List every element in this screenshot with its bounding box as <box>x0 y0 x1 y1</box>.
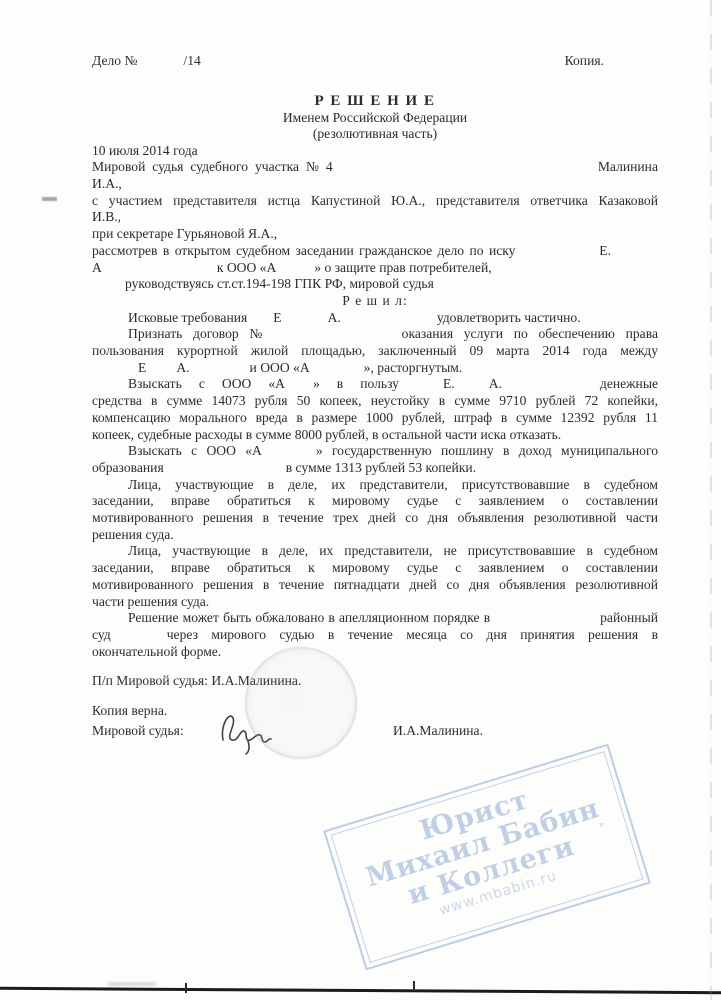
redaction-gap <box>111 638 167 639</box>
title-block: Р Е Ш Е Н И Е Именем Российской Федераци… <box>92 93 658 143</box>
case-number-label: Дело № <box>92 53 137 68</box>
body-line-absent-2: заседании, вправе обратиться к мировому … <box>92 560 658 577</box>
case-subject-left: рассмотрев в открытом судебном заседании… <box>92 243 515 260</box>
header-row: Дело №/14 Копия. <box>92 52 658 69</box>
body-line-duty-1: Взыскать с ООО «А» государственную пошли… <box>92 443 658 460</box>
signed-by-line: П/п Мировой судья: И.А.Малинина. <box>92 673 658 690</box>
body-line-claims: Исковые требованияЕА.удовлетворить части… <box>92 310 658 327</box>
faint-round-court-stamp <box>245 647 357 759</box>
redaction-gap <box>310 371 364 372</box>
judge-line: Мировой судья судебного участка № 4 Мали… <box>92 159 658 176</box>
scan-artifact-tick <box>185 983 187 993</box>
redaction-gap <box>190 371 250 372</box>
document-content: Дело №/14 Копия. Р Е Ш Е Н И Е Именем Ро… <box>0 0 721 766</box>
body-line-present-2: заседании, вправе обратиться к мировому … <box>92 493 658 510</box>
redaction-gap <box>270 337 402 338</box>
scanned-court-decision-page: Дело №/14 Копия. Р Е Ш Е Н И Е Именем Ро… <box>0 0 721 1000</box>
redaction-gap <box>262 454 316 455</box>
law-firm-watermark-stamp: Юрист Михаил Бабин и Коллеги www.mbabin.… <box>323 744 651 971</box>
redaction-gap <box>102 271 217 272</box>
judge-line-left: Мировой судья судебного участка № 4 <box>92 159 333 176</box>
secretary-line: при секретаре Гурьяновой Я.А., <box>92 226 658 243</box>
scan-artifact-speck: × <box>599 823 607 828</box>
plaintiff-initial: Е. <box>599 243 611 260</box>
body-line-appeal-1: Решение может быть обжаловано в апелляци… <box>92 610 658 627</box>
body-line-absent-4: части решения суда. <box>92 594 658 611</box>
redaction-gap <box>247 321 273 322</box>
date-line: 10 июля 2014 года <box>92 143 658 160</box>
redaction-gap <box>276 271 314 272</box>
decision-subtitle-2: (резолютивная часть) <box>92 126 658 142</box>
scan-artifact-tick <box>413 981 415 991</box>
body-line-recover-4: копеек, судебные расходы в сумме 8000 ру… <box>92 427 658 444</box>
body-line-absent-3: мотивированного решения в течение пятнад… <box>92 577 658 594</box>
redaction-gap <box>164 471 286 472</box>
case-subject-line-1: рассмотрев в открытом судебном заседании… <box>92 243 658 260</box>
case-number-line: Дело №/14 <box>92 52 201 69</box>
case-subject-line-2: Ак ООО «А» о защите прав потребителей, <box>92 260 658 277</box>
case-number-value: /14 <box>183 53 200 68</box>
plaintiff-initial-2: А <box>92 260 102 275</box>
body-line-duty-2: образованияв сумме 1313 рублей 53 копейк… <box>92 460 658 477</box>
judge-surname: Малинина <box>598 159 658 176</box>
scan-artifact-dash <box>42 197 57 201</box>
body-line-recover-3: компенсацию морального вреда в размере 1… <box>92 410 658 427</box>
body-line-contract-3: ЕА.и ООО «А», расторгнутым. <box>92 360 658 377</box>
body-line-recover-2: средства в сумме 14073 рубля 50 копеек, … <box>92 393 658 410</box>
body-line-present-1: Лица, участвующие в деле, их представите… <box>92 477 658 494</box>
redaction-gap <box>92 371 138 372</box>
body-line-recover-1: Взыскать с ООО «А» в пользуЕ.А.денежные <box>92 376 658 393</box>
body-line-contract-2: пользования курортной жилой площадью, за… <box>92 343 658 360</box>
guided-by-line: руководствуясь ст.ст.194-198 ГПК РФ, мир… <box>92 276 658 293</box>
body-line-contract-1: Признать договор №оказания услуги по обе… <box>92 326 658 343</box>
body-line-appeal-3: окончательной форме. <box>92 644 658 661</box>
resolution-heading: Р е ш и л: <box>92 293 658 310</box>
redaction-gap <box>146 371 176 372</box>
judge-initials-line: И.А., <box>92 176 658 193</box>
body-line-present-4: решения суда. <box>92 527 658 544</box>
decision-title: Р Е Ш Е Н И Е <box>92 93 658 110</box>
copy-correct-line: Копия верна. <box>92 703 658 720</box>
scan-edge-right <box>710 0 712 1000</box>
redaction-gap <box>285 387 313 388</box>
redaction-gap <box>137 64 183 65</box>
judge-label: Мировой судья: <box>92 723 184 739</box>
scan-artifact-smudge <box>108 982 156 986</box>
watermark-inner-border: Юрист Михаил Бабин и Коллеги www.mbabin.… <box>331 751 644 963</box>
participants-line-1: с участием представителя истца Капустино… <box>92 193 658 210</box>
case-subject-text: » о защите прав потребителей, <box>314 260 491 275</box>
redaction-gap <box>282 321 328 322</box>
body-line-absent-1: Лица, участвующие в деле, их представите… <box>92 543 658 560</box>
participants-line-2: И.В., <box>92 209 658 226</box>
decision-subtitle: Именем Российской Федерации <box>92 110 658 126</box>
judge-name: И.А.Малинина. <box>393 723 483 739</box>
body-line-present-3: мотивированного решения в течение трех д… <box>92 510 658 527</box>
defendant-name: к ООО «А <box>217 260 276 275</box>
scan-edge-bottom <box>0 987 721 994</box>
redaction-gap <box>502 387 600 388</box>
redaction-gap <box>341 321 437 322</box>
body-line-appeal-2: судчерез мирового судью в течение месяца… <box>92 627 658 644</box>
copy-label: Копия. <box>565 52 604 69</box>
redaction-gap <box>490 621 600 622</box>
redaction-gap <box>399 387 443 388</box>
redaction-gap <box>455 387 489 388</box>
